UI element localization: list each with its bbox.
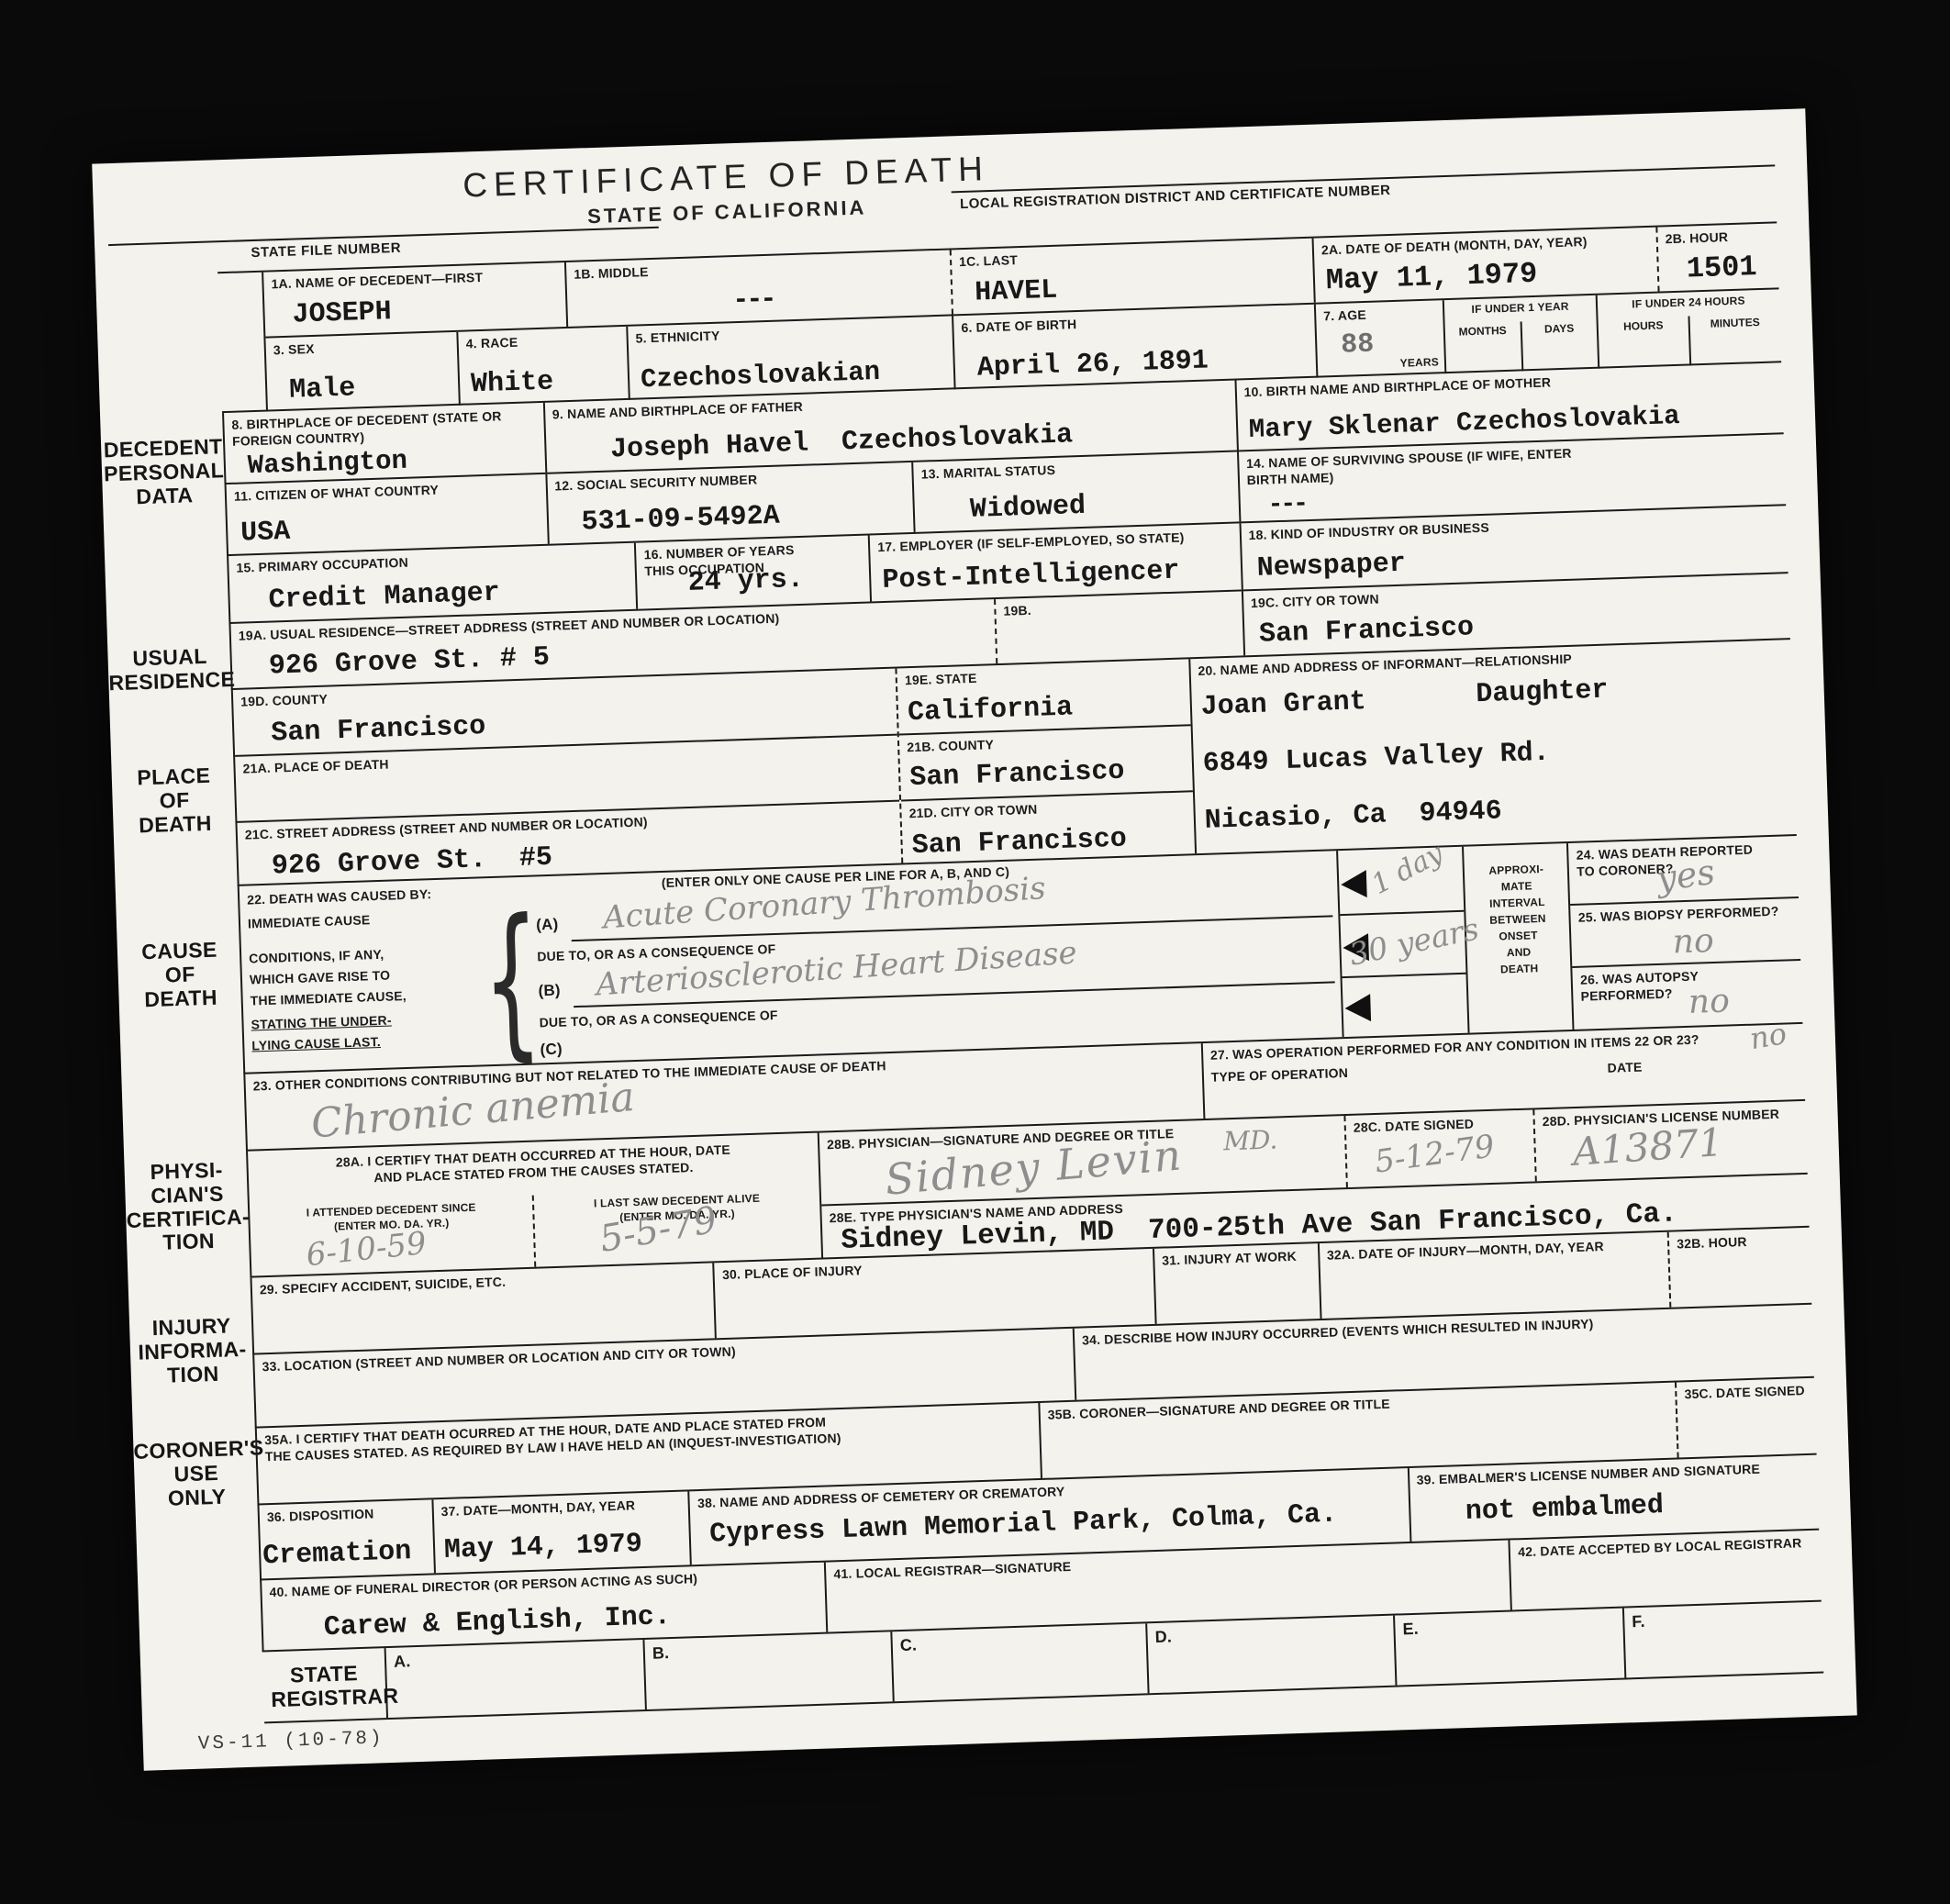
field-21d-value: San Francisco: [911, 825, 1127, 861]
conditions-label: CONDITIONS, IF ANY, WHICH GAVE RISE TO T…: [249, 943, 407, 1012]
field-37-value: May 14, 1979: [443, 1531, 642, 1565]
field-if-under-24-hours: IF UNDER 24 HOURS HOURS MINUTES: [1598, 289, 1781, 368]
field-21d-label: 21D. CITY OR TOWN: [908, 796, 1186, 821]
field-14-value: ---: [1267, 491, 1306, 519]
field-13-label: 13. MARITAL STATUS: [920, 456, 1230, 483]
field-30-place-of-injury: 30. PLACE OF INJURY: [715, 1249, 1157, 1338]
field-2a-value: May 11, 1979: [1325, 259, 1537, 296]
field-16-years-occupation: 16. NUMBER OF YEARS THIS OCCUPATION 24 y…: [636, 535, 872, 608]
registrar-cell-a: A.: [386, 1640, 647, 1718]
field-35c-date-signed: 35C. DATE SIGNED: [1677, 1378, 1816, 1458]
registrar-cell-e-label: E.: [1402, 1612, 1616, 1641]
registrar-cell-f: F.: [1624, 1602, 1823, 1678]
field-28c-label: 28C. DATE SIGNED: [1354, 1114, 1526, 1136]
registrar-cell-b: B.: [644, 1631, 894, 1709]
field-32a-date-of-injury: 32A. DATE OF INJURY—MONTH, DAY, YEAR: [1319, 1232, 1671, 1319]
informant-relationship: Daughter: [1476, 677, 1609, 710]
field-1b-name-middle: 1B. MIDDLE ---: [566, 250, 953, 327]
field-32b-hour: 32B. HOUR: [1669, 1228, 1811, 1308]
line-b-prefix: (B): [538, 981, 561, 1002]
field-11-label: 11. CITIZEN OF WHAT COUNTRY: [234, 478, 539, 505]
field-1c-name-last: 1C. LAST HAVEL: [952, 239, 1316, 315]
form-grid: 1A. NAME OF DECEDENT—FIRST JOSEPH 1B. MI…: [217, 221, 1823, 1723]
field-5-value: Czechoslovakian: [641, 359, 881, 395]
section-label-state-registrar: STATE REGISTRAR: [270, 1661, 379, 1711]
field-27-date-label: DATE: [1607, 1059, 1642, 1076]
field-5-ethnicity: 5. ETHNICITY Czechoslovakian: [628, 316, 955, 399]
field-12-value: 531-09-5492A: [581, 502, 780, 537]
field-40-value: Carew & English, Inc.: [323, 1603, 671, 1643]
minutes-label: MINUTES: [1689, 313, 1781, 365]
hours-label: HOURS: [1599, 316, 1692, 368]
field-11-value: USA: [240, 518, 291, 548]
field-3-sex: 3. SEX Male: [265, 332, 460, 412]
field-if-under-24-hours-subcols: HOURS MINUTES: [1599, 313, 1782, 368]
field-35c-label: 35C. DATE SIGNED: [1684, 1382, 1807, 1402]
field-31-injury-at-work: 31. INJURY AT WORK: [1154, 1243, 1321, 1324]
field-4-label: 4. RACE: [465, 330, 619, 352]
field-28d-license: 28D. PHYSICIAN'S LICENSE NUMBER A13871: [1534, 1101, 1807, 1181]
field-6-date-of-birth: 6. DATE OF BIRTH April 26, 1891: [953, 305, 1318, 390]
field-11-citizen: 11. CITIZEN OF WHAT COUNTRY USA: [227, 474, 550, 554]
field-2a-date-of-death: 2A. DATE OF DEATH (MONTH, DAY, YEAR) May…: [1314, 228, 1660, 303]
field-6-value: April 26, 1891: [976, 347, 1209, 384]
interval-b-handwritten: 30 years: [1346, 914, 1481, 971]
informant-address-line1: 6849 Lucas Valley Rd.: [1202, 740, 1550, 780]
field-17-employer: 17. EMPLOYER (IF SELF-EMPLOYED, SO STATE…: [870, 523, 1243, 601]
field-15-value: Credit Manager: [268, 579, 500, 616]
field-7-value: 88: [1341, 330, 1375, 361]
arrow-a-icon: [1340, 870, 1366, 898]
registrar-cell-e: E.: [1395, 1609, 1626, 1686]
field-2a-label: 2A. DATE OF DEATH (MONTH, DAY, YEAR): [1321, 231, 1649, 259]
state-file-number-label: STATE FILE NUMBER: [251, 240, 401, 261]
physician-degree-handwritten: MD.: [1223, 1127, 1278, 1154]
field-36-label: 36. DISPOSITION: [267, 1504, 425, 1526]
field-42-date-accepted: 42. DATE ACCEPTED BY LOCAL REGISTRAR: [1510, 1531, 1822, 1610]
field-3-value: Male: [289, 374, 356, 406]
field-4-value: White: [471, 368, 554, 399]
field-28c-handwritten: 5-12-79: [1373, 1130, 1497, 1178]
field-27-type-label: TYPE OF OPERATION: [1210, 1064, 1348, 1086]
field-4-race: 4. RACE White: [458, 327, 630, 406]
registrar-cell-f-label: F.: [1632, 1606, 1815, 1633]
approximate-interval-label: APPROXI- MATE INTERVAL BETWEEN ONSET AND…: [1472, 860, 1564, 978]
state-file-number-box: [217, 273, 268, 412]
field-32b-label: 32B. HOUR: [1677, 1231, 1802, 1253]
scanned-death-certificate: { "header": { "title": "CERTIFICATE OF D…: [0, 0, 1950, 1904]
field-26-handwritten: no: [1688, 985, 1730, 1019]
arrow-c-icon: [1344, 994, 1371, 1022]
field-19c-value: San Francisco: [1259, 614, 1475, 650]
section-label-decedent: DECEDENT PERSONAL DATA: [101, 435, 227, 510]
field-28c-date-signed: 28C. DATE SIGNED 5-12-79: [1345, 1109, 1536, 1187]
field-36-disposition: 36. DISPOSITION Cremation: [259, 1499, 435, 1578]
section-label-physician: PHYSI- CIAN'S CERTIFICA- TION: [124, 1158, 251, 1256]
conditions-label-2: STATING THE UNDER- LYING CAUSE LAST.: [251, 1010, 393, 1057]
field-19a-value: 926 Grove St. # 5: [269, 643, 551, 681]
field-15-occupation: 15. PRIMARY OCCUPATION Credit Manager: [228, 543, 639, 622]
field-7-unit: YEARS: [1399, 356, 1439, 372]
field-21c-value: 926 Grove St. #5: [272, 843, 553, 881]
field-1b-value: ---: [732, 285, 774, 316]
residence-place-mid-column: 19E. STATE California 21B. COUNTY San Fr…: [897, 659, 1197, 863]
field-21d-city: 21D. CITY OR TOWN San Francisco: [901, 792, 1195, 863]
registrar-cell-d: D.: [1147, 1616, 1397, 1694]
field-31-label: 31. INJURY AT WORK: [1162, 1247, 1310, 1268]
field-24-reported-to-coroner: 24. WAS DEATH REPORTED TO CORONER? yes: [1568, 836, 1799, 906]
field-22-label: 22. DEATH WAS CAUSED BY:: [247, 885, 432, 908]
field-28a-certify: 28A. I CERTIFY THAT DEATH OCCURRED AT TH…: [248, 1133, 823, 1276]
line-c-prefix: (C): [540, 1040, 563, 1061]
field-27-handwritten: no: [1748, 1019, 1789, 1053]
line-a-prefix: (A): [536, 915, 559, 936]
field-if-under-1-year-label: IF UNDER 1 YEAR: [1452, 299, 1588, 317]
field-3-label: 3. SEX: [273, 336, 450, 358]
field-9-value: Joseph Havel Czechoslovakia: [610, 421, 1074, 465]
field-19d-value: San Francisco: [271, 713, 486, 749]
section-label-place-of-death: PLACE OF DEATH: [111, 763, 237, 839]
field-19b: 19B.: [996, 591, 1245, 663]
interval-c-cell: [1342, 974, 1468, 1037]
informant-address-line2: Nicasio, Ca 94946: [1204, 797, 1502, 836]
field-8-label: 8. BIRTHPLACE OF DECEDENT (STATE OR FORE…: [231, 406, 537, 450]
approximate-interval-header: APPROXI- MATE INTERVAL BETWEEN ONSET AND…: [1464, 843, 1574, 1033]
informant-name: Joan Grant: [1200, 688, 1366, 722]
field-39-embalmer: 39. EMBALMER'S LICENSE NUMBER AND SIGNAT…: [1409, 1455, 1819, 1542]
interval-a-cell: 1 day: [1338, 847, 1465, 917]
field-8-birthplace: 8. BIRTHPLACE OF DECEDENT (STATE OR FORE…: [224, 403, 547, 483]
section-label-usual-residence: USUAL RESIDENCE: [107, 644, 233, 696]
section-label-coroner: CORONER'S USE ONLY: [133, 1437, 259, 1512]
form-code: VS-11 (10-78): [198, 1728, 384, 1755]
brace-glyph: {: [480, 884, 544, 1077]
residence-place-left-column: 19D. COUNTY San Francisco 21A. PLACE OF …: [233, 669, 904, 885]
field-1a-label: 1A. NAME OF DECEDENT—FIRST: [271, 266, 557, 292]
field-12-ssn: 12. SOCIAL SECURITY NUMBER 531-09-5492A: [547, 462, 916, 544]
field-1c-label: 1C. LAST: [959, 242, 1305, 270]
state-registrar-label-cell: STATE REGISTRAR: [262, 1648, 388, 1721]
field-25-biopsy: 25. WAS BIOPSY PERFORMED? no: [1570, 898, 1800, 968]
section-label-cause-of-death: CAUSE OF DEATH: [117, 938, 243, 1013]
field-8-value: Washington: [247, 447, 407, 480]
field-7-label: 7. AGE: [1323, 304, 1436, 324]
field-36-value: Cremation: [262, 1538, 412, 1572]
field-if-under-24-hours-label: IF UNDER 24 HOURS: [1605, 294, 1772, 313]
due-to-b-label: DUE TO, OR AS A CONSEQUENCE OF: [539, 1007, 778, 1031]
field-19e-value: California: [908, 694, 1074, 728]
interval-values-column: 1 day 30 years: [1338, 847, 1470, 1037]
field-21b-label: 21B. COUNTY: [907, 730, 1184, 756]
field-1b-label: 1B. MIDDLE: [574, 254, 942, 283]
field-19e-state: 19E. STATE California: [897, 659, 1191, 736]
field-1a-value: JOSEPH: [292, 298, 392, 330]
field-21b-county: 21B. COUNTY San Francisco: [899, 727, 1193, 802]
registrar-cell-a-label: A.: [394, 1643, 637, 1673]
field-1a-name-first: 1A. NAME OF DECEDENT—FIRST JOSEPH: [263, 262, 568, 337]
field-2b-label: 2B. HOUR: [1665, 228, 1770, 248]
field-22-cause: 22. DEATH WAS CAUSED BY: (ENTER ONLY ONE…: [240, 851, 1344, 1073]
field-37-date: 37. DATE—MONTH, DAY, YEAR May 14, 1979: [433, 1491, 692, 1573]
field-42-label: 42. DATE ACCEPTED BY LOCAL REGISTRAR: [1518, 1534, 1812, 1561]
field-1c-value: HAVEL: [975, 276, 1058, 307]
field-10-value: Mary Sklenar Czechoslovakia: [1248, 402, 1680, 444]
field-5-label: 5. ETHNICITY: [635, 320, 944, 347]
field-37-label: 37. DATE—MONTH, DAY, YEAR: [440, 1496, 681, 1520]
field-19b-label: 19B.: [1003, 596, 1234, 619]
days-label: DAYS: [1521, 319, 1598, 372]
field-7-age: 7. AGE 88 YEARS: [1316, 300, 1447, 377]
field-if-under-1-year-subcols: MONTHS DAYS: [1445, 319, 1599, 373]
registrar-cell-d-label: D.: [1154, 1620, 1387, 1649]
registrar-cell-c: C.: [892, 1623, 1149, 1701]
interval-a-handwritten: 1 day: [1367, 840, 1447, 899]
field-if-under-1-year: IF UNDER 1 YEAR MONTHS DAYS: [1444, 295, 1599, 373]
field-28d-handwritten: A13871: [1571, 1123, 1723, 1172]
field-18-value: Newspaper: [1256, 550, 1406, 584]
field-16-value: 24 yrs.: [687, 565, 804, 598]
field-13-marital-status: 13. MARITAL STATUS Widowed: [913, 451, 1241, 531]
field-2b-hour: 2B. HOUR 1501: [1657, 223, 1778, 291]
registrar-cell-c-label: C.: [899, 1628, 1139, 1657]
months-label: MONTHS: [1445, 321, 1523, 373]
field-29-accident: 29. SPECIFY ACCIDENT, SUICIDE, ETC.: [251, 1263, 717, 1353]
field-20-informant: 20. NAME AND ADDRESS OF INFORMANT—RELATI…: [1190, 640, 1797, 853]
field-21b-value: San Francisco: [909, 758, 1125, 794]
field-17-value: Post-Intelligencer: [882, 557, 1180, 596]
field-2b-value: 1501: [1686, 252, 1757, 285]
field-25-handwritten: no: [1672, 925, 1714, 959]
interval-b-cell: 30 years: [1340, 912, 1466, 978]
coroner-questions-column: 24. WAS DEATH REPORTED TO CORONER? yes 2…: [1568, 836, 1802, 1030]
certificate-paper: CERTIFICATE OF DEATH STATE OF CALIFORNIA…: [92, 108, 1857, 1770]
field-13-value: Widowed: [970, 492, 1086, 525]
field-39-value: not embalmed: [1465, 1492, 1664, 1527]
registrar-cell-b-label: B.: [652, 1636, 885, 1665]
field-19e-label: 19E. STATE: [905, 663, 1182, 689]
immediate-cause-label: IMMEDIATE CAUSE: [248, 911, 371, 931]
section-label-injury: INJURY INFORMA- TION: [129, 1314, 255, 1389]
field-24-handwritten: yes: [1655, 854, 1717, 896]
